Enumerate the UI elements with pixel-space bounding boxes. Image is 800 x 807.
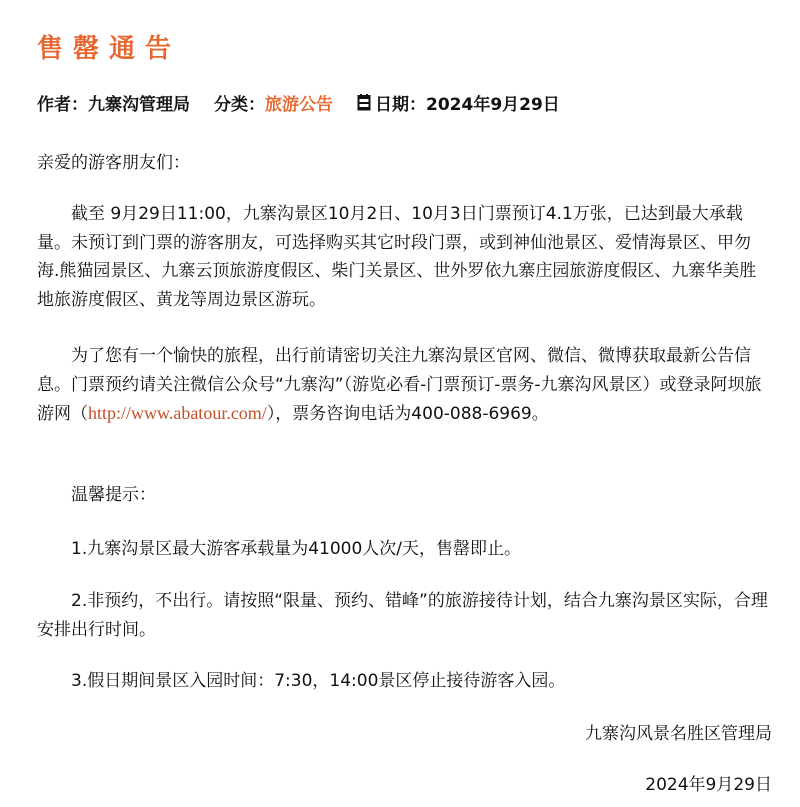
greeting: 亲爱的游客朋友们： (37, 149, 771, 178)
author-label: 作者： (37, 90, 88, 115)
abatour-link[interactable]: http://www.abatour.com/ (88, 403, 267, 423)
tip-1: 1.九寨沟景区最大游客承载量为41000人次/天，售罄即止。 (37, 535, 771, 564)
publish-date: 2024年9月29日 (426, 90, 560, 115)
category-label: 分类： (214, 90, 265, 115)
author-name: 九寨沟管理局 (88, 90, 190, 115)
signature-date: 2024年9月29日 (645, 770, 772, 795)
tip-3-text: 3.假日期间景区入园时间：7:30，14:00景区停止接待游客入园。 (37, 667, 771, 696)
tips-heading: 温馨提示： (37, 481, 771, 510)
tips-heading-text: 温馨提示： (37, 481, 771, 510)
signature-org: 九寨沟风景名胜区管理局 (585, 719, 772, 744)
calendar-icon (357, 94, 371, 111)
paragraph-2-text: 为了您有一个愉快的旅程，出行前请密切关注九寨沟景区官网、微信、微博获取最新公告信… (37, 342, 771, 429)
page-title: 售罄通告 (37, 28, 181, 65)
tip-1-text: 1.九寨沟景区最大游客承载量为41000人次/天，售罄即止。 (37, 535, 771, 564)
paragraph-1-text: 截至 9月29日11:00，九寨沟景区10月2日、10月3日门票预订4.1万张，… (37, 200, 771, 314)
paragraph-2-after-link: ），票务咨询电话为400-088-6969。 (267, 404, 549, 424)
date-label: 日期： (375, 90, 426, 115)
tip-2-text: 2.非预约，不出行。请按照“限量、预约、错峰”的旅游接待计划，结合九寨沟景区实际… (37, 587, 771, 644)
article-meta: 作者： 九寨沟管理局 分类： 旅游公告 日期： 2024年9月29日 (37, 90, 560, 115)
paragraph-1: 截至 9月29日11:00，九寨沟景区10月2日、10月3日门票预订4.1万张，… (37, 200, 771, 314)
tip-3: 3.假日期间景区入园时间：7:30，14:00景区停止接待游客入园。 (37, 667, 771, 696)
paragraph-2: 为了您有一个愉快的旅程，出行前请密切关注九寨沟景区官网、微信、微博获取最新公告信… (37, 342, 771, 429)
category-link[interactable]: 旅游公告 (265, 90, 333, 115)
greeting-text: 亲爱的游客朋友们： (37, 149, 771, 178)
tip-2: 2.非预约，不出行。请按照“限量、预约、错峰”的旅游接待计划，结合九寨沟景区实际… (37, 587, 771, 644)
